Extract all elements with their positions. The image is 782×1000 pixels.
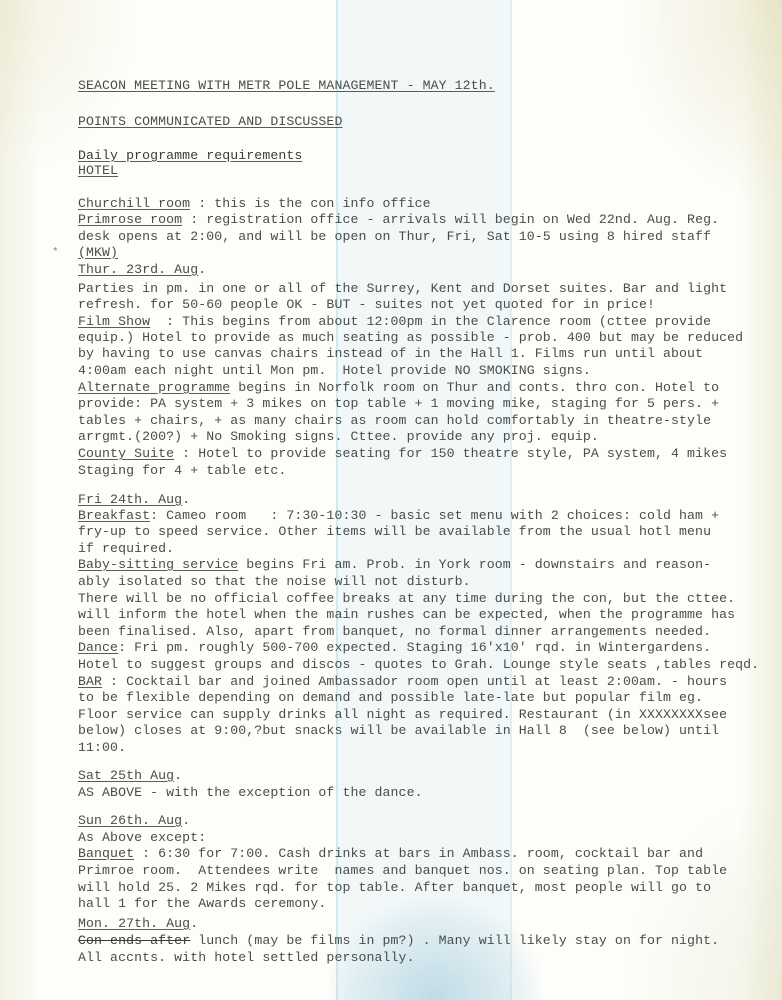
document-line: Banquet : 6:30 for 7:00. Cash drinks at … (78, 846, 703, 863)
document-line: provide: PA system + 3 mikes on top tabl… (78, 396, 719, 413)
underlined-label: Dance (78, 640, 118, 655)
document-line: by having to use canvas chairs instead o… (78, 346, 703, 363)
document-line: BAR : Cocktail bar and joined Ambassador… (78, 674, 727, 691)
line-text: provide: PA system + 3 mikes on top tabl… (78, 396, 719, 411)
document-line: Mon. 27th. Aug. (78, 916, 198, 933)
line-text: . (174, 768, 182, 783)
line-text: . (182, 492, 190, 507)
margin-asterisk: * (52, 247, 59, 259)
line-text: below) closes at 9:00,?but snacks will b… (78, 723, 719, 738)
line-text: : 6:30 for 7:00. Cash drinks at bars in … (134, 846, 703, 861)
document-line: Staging for 4 + table etc. (78, 463, 286, 480)
underlined-label: Sun 26th. Aug (78, 813, 182, 828)
document-line: desk opens at 2:00, and will be open on … (78, 229, 711, 246)
underlined-label: Sat 25th Aug (78, 768, 174, 783)
document-line: ably isolated so that the noise will not… (78, 574, 471, 591)
document-line: Con ends after lunch (may be films in pm… (78, 933, 719, 950)
document-line: Parties in pm. in one or all of the Surr… (78, 281, 727, 298)
underlined-label: Primrose room (78, 212, 182, 227)
document-line: hall 1 for the Awards ceremony. (78, 896, 326, 913)
struck-text: Con ends after (78, 933, 190, 948)
document-line: County Suite : Hotel to provide seating … (78, 446, 727, 463)
line-text: begins Fri am. Prob. in York room - down… (238, 557, 711, 572)
document-line: Film Show : This begins from about 12:00… (78, 314, 711, 331)
line-text: by having to use canvas chairs instead o… (78, 346, 703, 361)
line-text: 11:00. (78, 740, 126, 755)
line-text: ably isolated so that the noise will not… (78, 574, 471, 589)
underlined-label: Mon. 27th. Aug (78, 916, 190, 931)
underlined-label: Alternate programme (78, 380, 230, 395)
document-line: Breakfast: Cameo room : 7:30-10:30 - bas… (78, 508, 719, 525)
underlined-label: Breakfast (78, 508, 150, 523)
underlined-label: Film Show (78, 314, 150, 329)
document-line: Fri 24th. Aug. (78, 492, 190, 509)
document-line: There will be no official coffee breaks … (78, 591, 735, 608)
document-line: 11:00. (78, 740, 126, 757)
document-line: Churchill room : this is the con info of… (78, 196, 431, 213)
document-line: AS ABOVE - with the exception of the dan… (78, 785, 423, 802)
document-line: will hold 25. 2 Mikes rqd. for top table… (78, 880, 711, 897)
line-text: Floor service can supply drinks all nigh… (78, 707, 727, 722)
line-text: begins in Norfolk room on Thur and conts… (230, 380, 719, 395)
line-text: Hotel to suggest groups and discos - quo… (78, 657, 759, 672)
line-text: : registration office - arrivals will be… (182, 212, 719, 227)
line-text: . (198, 262, 206, 277)
line-text: tables + chairs, + as many chairs as roo… (78, 413, 711, 428)
document-line: fry-up to speed service. Other items wil… (78, 524, 711, 541)
document-line: Baby-sitting service begins Fri am. Prob… (78, 557, 711, 574)
line-text: been finalised. Also, apart from banquet… (78, 624, 711, 639)
underlined-label: Baby-sitting service (78, 557, 238, 572)
line-text: As Above except: (78, 830, 206, 845)
document-line: refresh. for 50-60 people OK - BUT - sui… (78, 297, 655, 314)
document-line: to be flexible depending on demand and p… (78, 690, 703, 707)
line-text: fry-up to speed service. Other items wil… (78, 524, 711, 539)
line-text: arrgmt.(200?) + No Smoking signs. Cttee.… (78, 429, 599, 444)
line-text: : Cocktail bar and joined Ambassador roo… (102, 674, 727, 689)
line-text: There will be no official coffee breaks … (78, 591, 735, 606)
line-text: desk opens at 2:00, and will be open on … (78, 229, 711, 244)
document-subtitle: POINTS COMMUNICATED AND DISCUSSED (78, 114, 342, 131)
line-text: All accnts. with hotel settled personall… (78, 950, 415, 965)
document-line: Sat 25th Aug. (78, 768, 182, 785)
document-line: will inform the hotel when the main rush… (78, 607, 735, 624)
document-line: been finalised. Also, apart from banquet… (78, 624, 711, 641)
document-title: SEACON MEETING WITH METR POLE MANAGEMENT… (78, 78, 495, 95)
document-line: Thur. 23rd. Aug. (78, 262, 206, 279)
underlined-label: BAR (78, 674, 102, 689)
document-line: Sun 26th. Aug. (78, 813, 190, 830)
underlined-label: Churchill room (78, 196, 190, 211)
line-text: hall 1 for the Awards ceremony. (78, 896, 326, 911)
line-text: 4:00am each night until Mon pm. Hotel pr… (78, 363, 591, 378)
line-text: Staging for 4 + table etc. (78, 463, 286, 478)
line-text: to be flexible depending on demand and p… (78, 690, 703, 705)
line-text: will hold 25. 2 Mikes rqd. for top table… (78, 880, 711, 895)
line-text: if required. (78, 541, 174, 556)
document-line: Hotel to suggest groups and discos - quo… (78, 657, 759, 674)
document-line: below) closes at 9:00,?but snacks will b… (78, 723, 719, 740)
document-line: All accnts. with hotel settled personall… (78, 950, 415, 967)
line-text: AS ABOVE - with the exception of the dan… (78, 785, 423, 800)
underlined-label: (MKW) (78, 245, 118, 260)
line-text: : this is the con info office (190, 196, 430, 211)
line-text: equip.) Hotel to provide as much seating… (78, 330, 743, 345)
line-text: : Fri pm. roughly 500-700 expected. Stag… (118, 640, 711, 655)
document-line: Primrose room : registration office - ar… (78, 212, 719, 229)
document-line: tables + chairs, + as many chairs as roo… (78, 413, 711, 430)
section-subheading: HOTEL (78, 163, 118, 180)
document-line: Primroe room. Attendees write names and … (78, 863, 727, 880)
line-text: lunch (may be films in pm?) . Many will … (190, 933, 719, 948)
document-line: arrgmt.(200?) + No Smoking signs. Cttee.… (78, 429, 599, 446)
line-text: : Cameo room : 7:30-10:30 - basic set me… (150, 508, 719, 523)
line-text: : Hotel to provide seating for 150 theat… (174, 446, 727, 461)
line-text: Primroe room. Attendees write names and … (78, 863, 727, 878)
document-line: (MKW) (78, 245, 118, 262)
line-text: Parties in pm. in one or all of the Surr… (78, 281, 727, 296)
document-line: equip.) Hotel to provide as much seating… (78, 330, 743, 347)
document-line: Floor service can supply drinks all nigh… (78, 707, 727, 724)
document-line: 4:00am each night until Mon pm. Hotel pr… (78, 363, 591, 380)
document-line: if required. (78, 541, 174, 558)
document-line: Dance: Fri pm. roughly 500-700 expected.… (78, 640, 711, 657)
underlined-label: Thur. 23rd. Aug (78, 262, 198, 277)
document-line: Alternate programme begins in Norfolk ro… (78, 380, 719, 397)
line-text: : This begins from about 12:00pm in the … (150, 314, 711, 329)
line-text: . (190, 916, 198, 931)
line-text: will inform the hotel when the main rush… (78, 607, 735, 622)
underlined-label: County Suite (78, 446, 174, 461)
document-line: As Above except: (78, 830, 206, 847)
line-text: refresh. for 50-60 people OK - BUT - sui… (78, 297, 655, 312)
underlined-label: Fri 24th. Aug (78, 492, 182, 507)
underlined-label: Banquet (78, 846, 134, 861)
line-text: . (182, 813, 190, 828)
